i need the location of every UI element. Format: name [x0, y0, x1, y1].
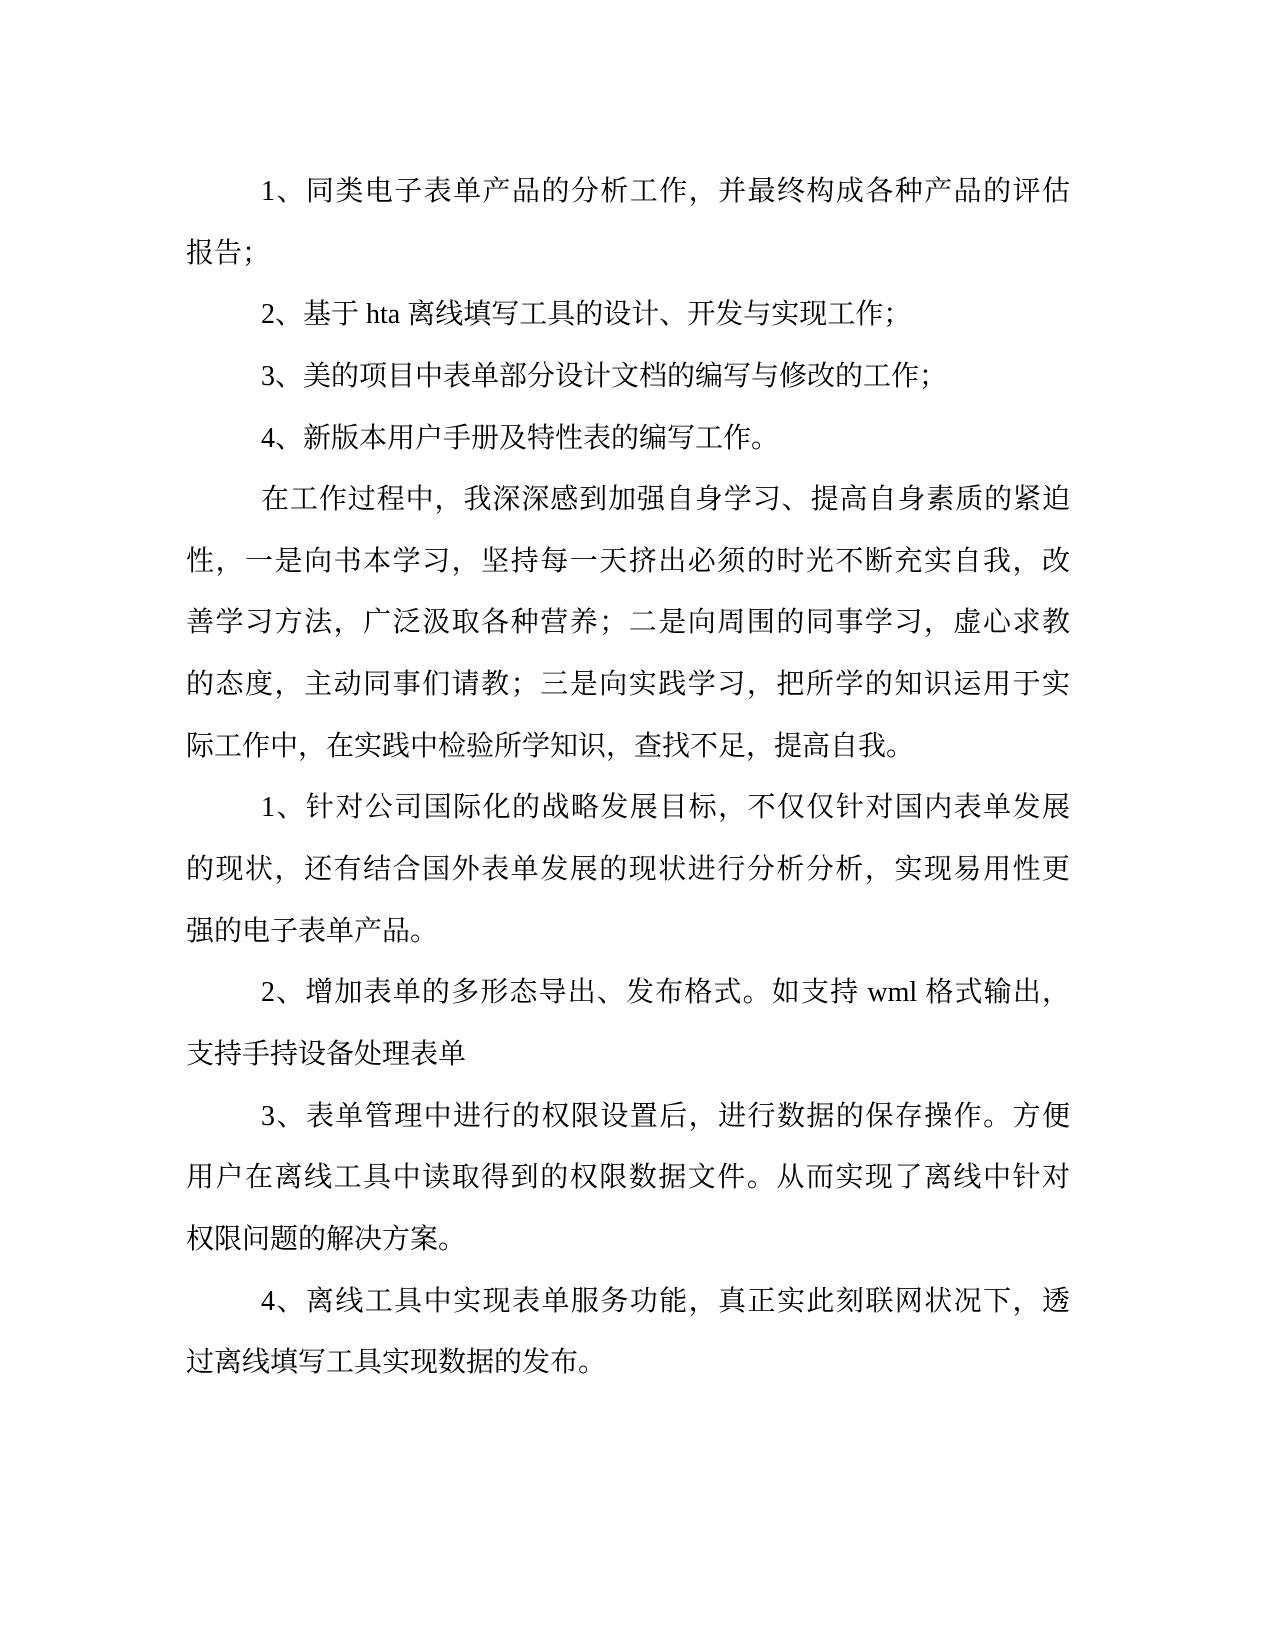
paragraph: 2、增加表单的多形态导出、发布格式。如支持 wml 格式输出，支持手持设备处理表… — [186, 962, 1070, 1085]
text-line: 2、基于 hta 离线填写工具的设计、开发与实现工作； — [186, 284, 1070, 346]
paragraph: 1、针对公司国际化的战略发展目标，不仅仅针对国内表单发展的现状，还有结合国外表单… — [186, 777, 1070, 962]
text-line: 用户在离线工具中读取得到的权限数据文件。从而实现了离线中针对 — [186, 1147, 1070, 1209]
document-page: 1、同类电子表单产品的分析工作，并最终构成各种产品的评估报告；2、基于 hta … — [0, 0, 1275, 1650]
text-line: 支持手持设备处理表单 — [186, 1024, 1070, 1086]
text-line: 1、同类电子表单产品的分析工作，并最终构成各种产品的评估 — [186, 161, 1070, 223]
text-line: 际工作中，在实践中检验所学知识，查找不足，提高自我。 — [186, 716, 1070, 778]
paragraph: 2、基于 hta 离线填写工具的设计、开发与实现工作； — [186, 284, 1070, 346]
text-line: 在工作过程中，我深深感到加强自身学习、提高自身素质的紧迫 — [186, 469, 1070, 531]
paragraph: 4、新版本用户手册及特性表的编写工作。 — [186, 408, 1070, 470]
paragraph: 3、表单管理中进行的权限设置后，进行数据的保存操作。方便用户在离线工具中读取得到… — [186, 1086, 1070, 1271]
paragraph: 4、离线工具中实现表单服务功能，真正实此刻联网状况下，透过离线填写工具实现数据的… — [186, 1271, 1070, 1394]
text-line: 4、新版本用户手册及特性表的编写工作。 — [186, 408, 1070, 470]
text-line: 1、针对公司国际化的战略发展目标，不仅仅针对国内表单发展 — [186, 777, 1070, 839]
text-line: 的现状，还有结合国外表单发展的现状进行分析分析，实现易用性更 — [186, 839, 1070, 901]
text-line: 善学习方法，广泛汲取各种营养；二是向周围的同事学习，虚心求教 — [186, 592, 1070, 654]
document-body: 1、同类电子表单产品的分析工作，并最终构成各种产品的评估报告；2、基于 hta … — [186, 161, 1070, 1394]
text-line: 2、增加表单的多形态导出、发布格式。如支持 wml 格式输出， — [186, 962, 1070, 1024]
paragraph: 3、美的项目中表单部分设计文档的编写与修改的工作； — [186, 346, 1070, 408]
text-line: 过离线填写工具实现数据的发布。 — [186, 1332, 1070, 1394]
paragraph: 在工作过程中，我深深感到加强自身学习、提高自身素质的紧迫性，一是向书本学习，坚持… — [186, 469, 1070, 777]
text-line: 性，一是向书本学习，坚持每一天挤出必须的时光不断充实自我，改 — [186, 531, 1070, 593]
text-line: 的态度，主动同事们请教；三是向实践学习，把所学的知识运用于实 — [186, 654, 1070, 716]
text-line: 3、表单管理中进行的权限设置后，进行数据的保存操作。方便 — [186, 1086, 1070, 1148]
text-line: 3、美的项目中表单部分设计文档的编写与修改的工作； — [186, 346, 1070, 408]
text-line: 报告； — [186, 223, 1070, 285]
paragraph: 1、同类电子表单产品的分析工作，并最终构成各种产品的评估报告； — [186, 161, 1070, 284]
text-line: 4、离线工具中实现表单服务功能，真正实此刻联网状况下，透 — [186, 1271, 1070, 1333]
text-line: 强的电子表单产品。 — [186, 901, 1070, 963]
text-line: 权限问题的解决方案。 — [186, 1209, 1070, 1271]
